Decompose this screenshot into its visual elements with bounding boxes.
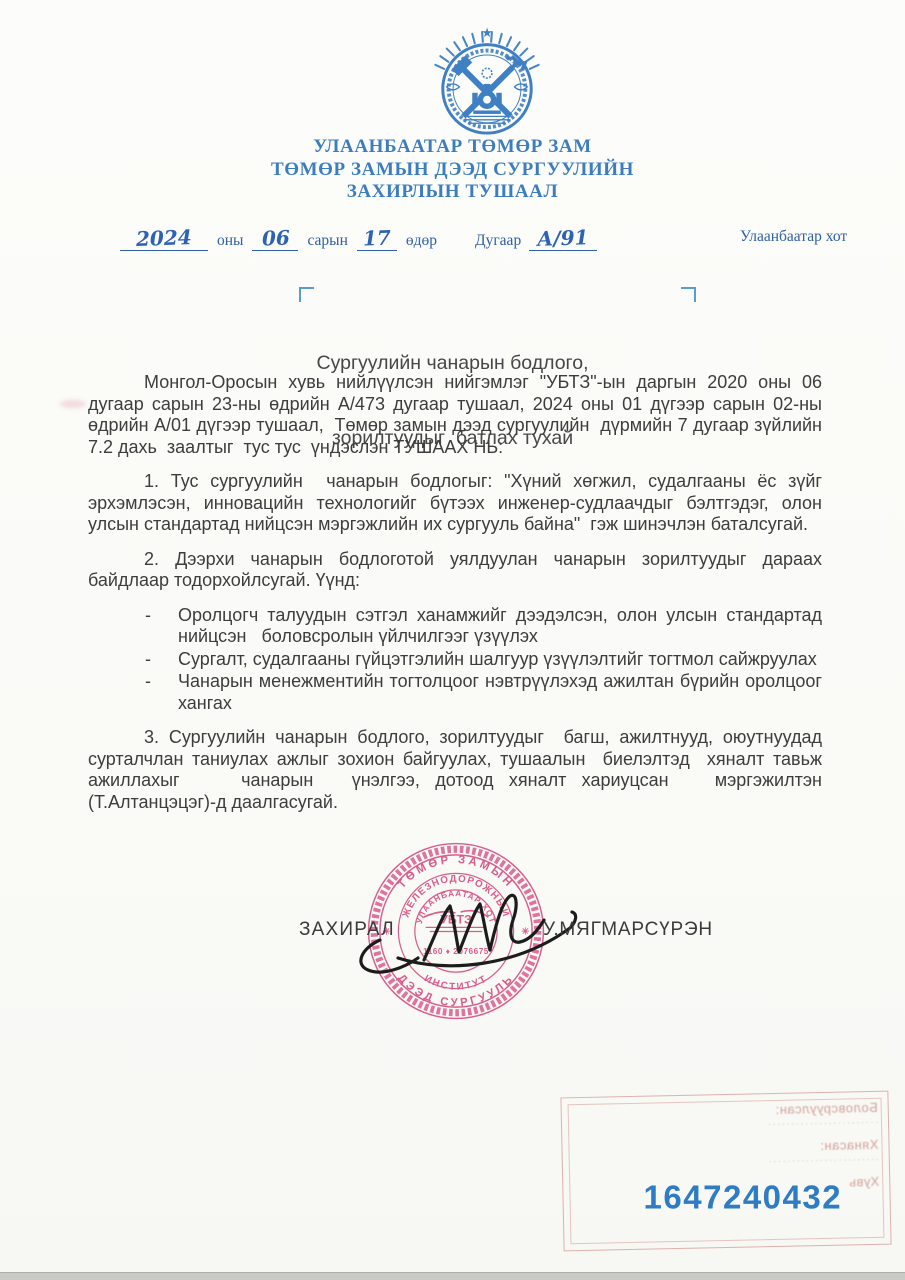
date-group: 2024 оны 06 сарын 17 өдөр [120,226,437,251]
document-number-group: Дугаар А/91 [475,226,597,251]
org-name-line1: УЛААНБААТАР ТӨМӨР ЗАМ [0,136,905,159]
mirrored-bleed-text: Боловсруулсан: ························ … [572,1100,881,1244]
handwritten-day: 17 [363,226,392,251]
day-label: өдөр [406,232,437,250]
document-body: Монгол-Оросын хувь нийлүүлсэн нийгэмлэг … [88,372,822,826]
city-label: Улаанбаатар хот [740,228,847,246]
handwritten-year: 2024 [136,225,192,251]
bleed-through-stamp-box: Боловсруулсан: ························ … [560,1091,891,1252]
star-icon: ★ [481,25,492,40]
number-label: Дугаар [475,232,521,250]
document-letterhead: УЛААНБААТАР ТӨМӨР ЗАМ ТӨМӨР ЗАМЫН ДЭЭД С… [0,136,905,204]
ubtz-railway-emblem-icon: ★ [427,24,547,138]
objectives-list: - Оролцогч талуудын сэтгэл ханамжийг дээ… [145,605,822,715]
signature-name: У.МЯГМАРСҮРЭН [543,919,713,941]
bullet-dash: - [145,605,155,648]
dateline: 2024 оны 06 сарын 17 өдөр Дугаар А/91 Ул… [0,214,905,260]
bullet-dash: - [145,649,155,671]
bullet-dash: - [145,671,155,714]
list-item-text: Сургалт, судалгааны гүйцэтгэлийн шалгуур… [178,649,822,671]
handwritten-month: 06 [261,226,290,251]
list-item: - Сургалт, судалгааны гүйцэтгэлийн шалгу… [145,649,822,671]
doc-type-line: ЗАХИРЛЫН ТУШААЛ [0,181,905,204]
org-name-line2: ТӨМӨР ЗАМЫН ДЭЭД СУРГУУЛИЙН [0,159,905,182]
order-item-1: 1. Тус сургуулийн чанарын бодлогыг: "Хүн… [88,471,822,536]
signature-role-label: ЗАХИРАЛ [299,919,395,941]
scan-bottom-edge [0,1272,905,1280]
list-item-text: Чанарын менежментийн тогтолцоог нэвтрүүл… [178,671,822,714]
frame-corner-left-icon [299,287,314,302]
registration-number: 1647240432 [644,1179,843,1217]
list-item-text: Оролцогч талуудын сэтгэл ханамжийг дээдэ… [178,605,822,648]
list-item: - Чанарын менежментийн тогтолцоог нэвтрү… [145,671,822,714]
handwritten-doc-number: А/91 [537,225,589,251]
ubtz-emblem-svg: ★ [427,24,547,138]
scan-smudge [60,400,86,408]
list-item: - Оролцогч талуудын сэтгэл ханамжийг дээ… [145,605,822,648]
year-label: оны [217,232,243,250]
order-item-2: 2. Дээрхи чанарын бодлоготой уялдуулан ч… [88,549,822,592]
preamble-paragraph: Монгол-Оросын хувь нийлүүлсэн нийгэмлэг … [88,372,822,458]
scanned-document-page: ★ [0,0,905,1280]
order-item-3: 3. Сургуулийн чанарын бодлого, зорилтууд… [88,727,822,813]
frame-corner-right-icon [681,287,696,302]
month-label: сарын [307,232,347,250]
